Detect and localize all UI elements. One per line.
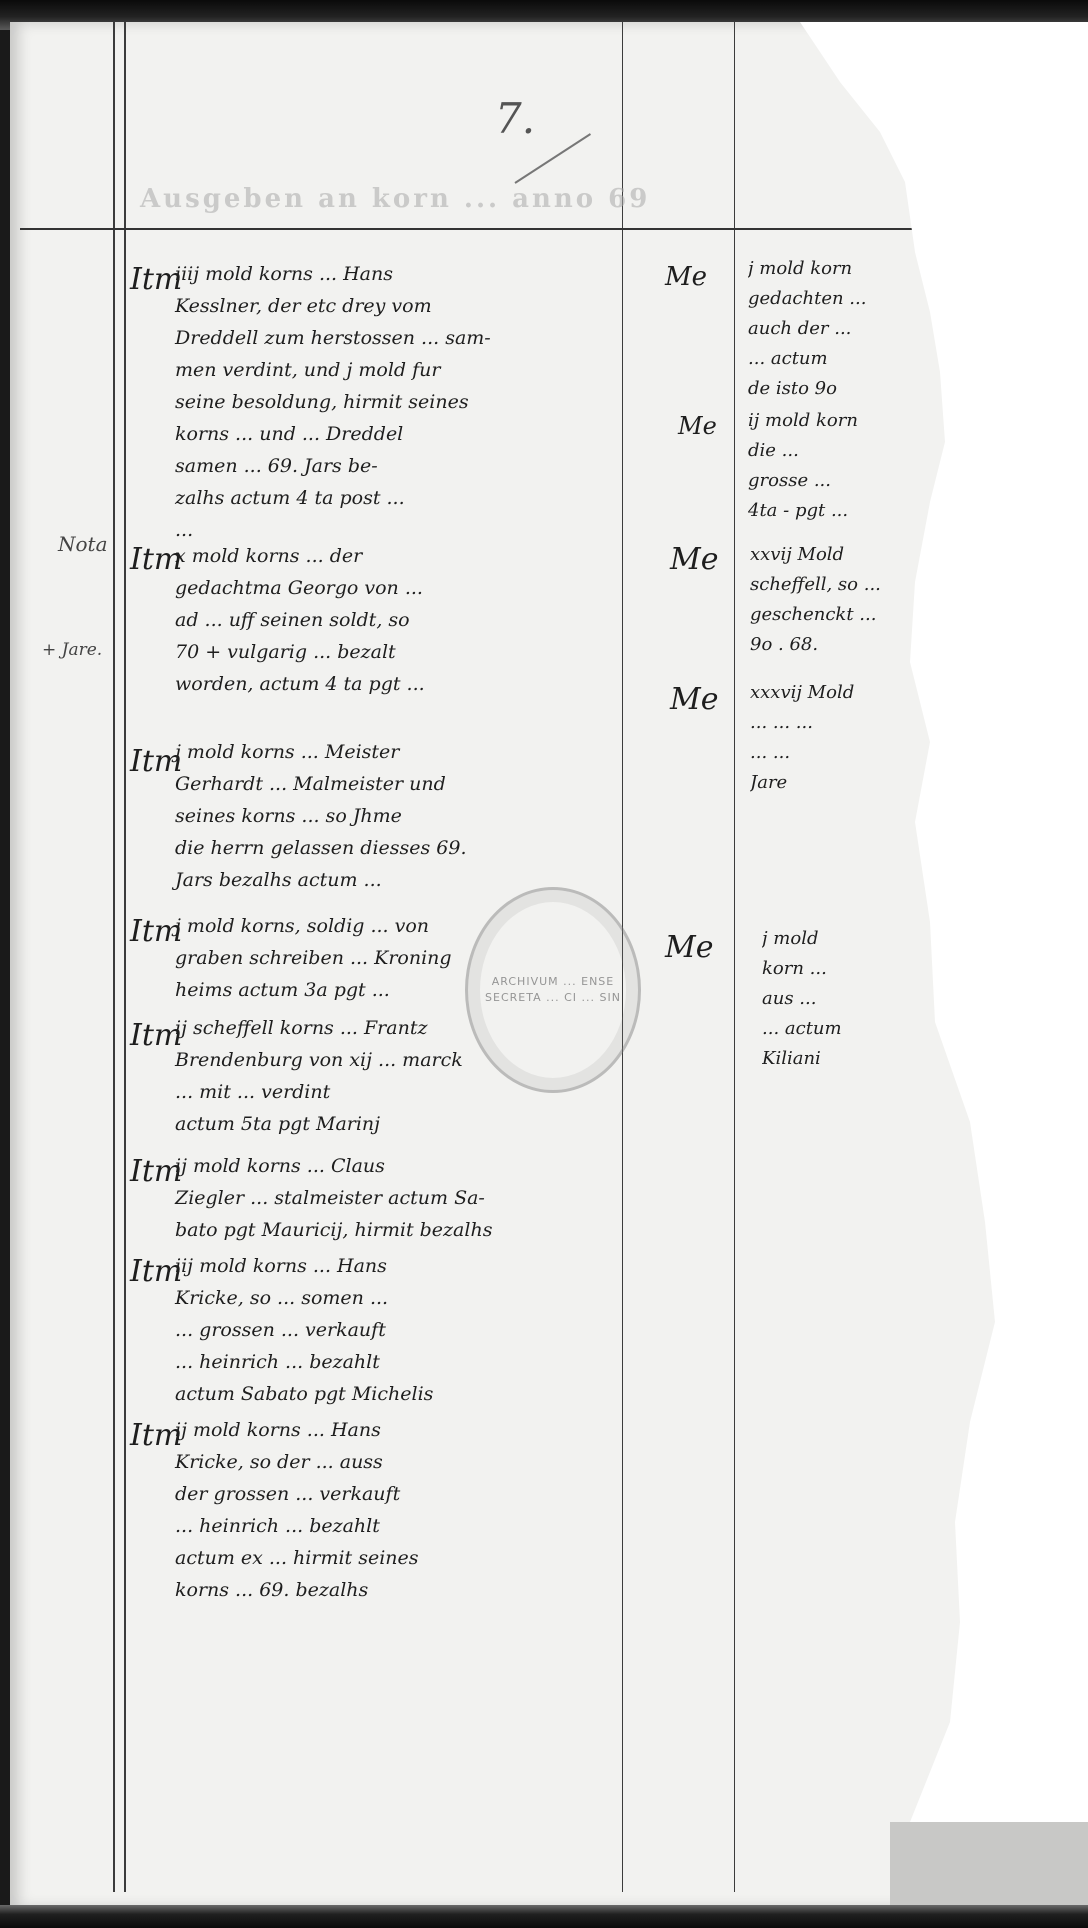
- entry-line: actum 5ta pgt Marinj: [175, 1108, 463, 1140]
- right-entry-1: j mold korn gedachten ... auch der ... .…: [748, 254, 918, 404]
- entry-line: aus ...: [762, 984, 932, 1014]
- entry-line: ... mit ... verdint: [175, 1076, 463, 1108]
- entry-line: Jare: [750, 768, 920, 798]
- folio-number: 7.: [495, 94, 535, 143]
- entry-line: iiij mold korns ... Hans: [175, 258, 491, 290]
- entry-line: korns ... 69. bezalhs: [175, 1574, 419, 1606]
- manuscript-page: 7. Ausgeben an korn ... anno 69 Nota + J…: [10, 22, 1088, 1908]
- entry-marker: Me: [670, 542, 718, 577]
- entry-line: actum Sabato pgt Michelis: [175, 1378, 433, 1410]
- entry-line: xxxvij Mold: [750, 678, 920, 708]
- entry-line: graben schreiben ... Kroning: [175, 942, 452, 974]
- ledger-entry-7: iij mold korns ... Hans Kricke, so ... s…: [175, 1250, 433, 1410]
- entry-line: x mold korns ... der: [175, 540, 425, 572]
- scan-bottom-edge: [0, 1905, 1088, 1928]
- margin-rule-left-inner: [124, 22, 126, 1892]
- archive-seal-stamp: ARCHIVUM ... ENSE SECRETA ... CI ... SIN: [465, 887, 641, 1093]
- entry-line: de isto 9o: [748, 374, 918, 404]
- entry-line: korns ... und ... Dreddel: [175, 418, 491, 450]
- ledger-entry-1: iiij mold korns ... Hans Kesslner, der e…: [175, 258, 491, 546]
- entry-line: Kesslner, der etc drey vom: [175, 290, 491, 322]
- entry-line: j mold korns ... Meister: [175, 736, 467, 768]
- entry-line: Jars bezalhs actum ...: [175, 864, 467, 896]
- column-rule-right: [734, 22, 735, 1892]
- entry-line: ... ... ...: [750, 708, 920, 738]
- stamp-text: ARCHIVUM ... ENSE SECRETA ... CI ... SIN: [483, 974, 623, 1006]
- entry-line: Kricke, so der ... auss: [175, 1446, 419, 1478]
- entry-line: bato pgt Mauricij, hirmit bezalhs: [175, 1214, 492, 1246]
- ledger-entry-3: j mold korns ... Meister Gerhardt ... Ma…: [175, 736, 467, 896]
- ledger-entry-4: j mold korns, soldig ... von graben schr…: [175, 910, 452, 1006]
- entry-line: j mold: [762, 924, 932, 954]
- entry-marker: Me: [678, 412, 717, 440]
- entry-line: seines korns ... so Jhme: [175, 800, 467, 832]
- entry-line: zalhs actum 4 ta post ...: [175, 482, 491, 514]
- entry-line: ad ... uff seinen soldt, so: [175, 604, 425, 636]
- entry-line: worden, actum 4 ta pgt ...: [175, 668, 425, 700]
- right-entry-5: j mold korn ... aus ... ... actum Kilian…: [762, 924, 932, 1074]
- entry-line: 70 + vulgarig ... bezalt: [175, 636, 425, 668]
- entry-line: Kiliani: [762, 1044, 932, 1074]
- entry-line: j mold korn: [748, 254, 918, 284]
- entry-marker: Me: [665, 262, 707, 292]
- margin-note-jare: + Jare.: [42, 640, 102, 660]
- right-entry-2: ij mold korn die ... grosse ... 4ta - pg…: [748, 406, 918, 526]
- entry-line: Kricke, so ... somen ...: [175, 1282, 433, 1314]
- entry-line: 4ta - pgt ...: [748, 496, 918, 526]
- entry-line: Dreddell zum herstossen ... sam-: [175, 322, 491, 354]
- entry-line: men verdint, und j mold fur: [175, 354, 491, 386]
- entry-line: ij mold korns ... Hans: [175, 1414, 419, 1446]
- entry-line: ij scheffell korns ... Frantz: [175, 1012, 463, 1044]
- entry-line: auch der ...: [748, 314, 918, 344]
- entry-line: ij mold korns ... Claus: [175, 1150, 492, 1182]
- entry-line: ... ...: [750, 738, 920, 768]
- entry-line: ... heinrich ... bezahlt: [175, 1346, 433, 1378]
- entry-line: gedachtma Georgo von ...: [175, 572, 425, 604]
- entry-line: j mold korns, soldig ... von: [175, 910, 452, 942]
- entry-line: geschenckt ...: [750, 600, 920, 630]
- entry-marker: Me: [670, 682, 718, 717]
- entry-line: ... actum: [748, 344, 918, 374]
- entry-marker: Me: [665, 930, 713, 965]
- entry-line: ... grossen ... verkauft: [175, 1314, 433, 1346]
- entry-line: Gerhardt ... Malmeister und: [175, 768, 467, 800]
- entry-line: die herrn gelassen diesses 69.: [175, 832, 467, 864]
- ledger-entry-6: ij mold korns ... Claus Ziegler ... stal…: [175, 1150, 492, 1246]
- right-entry-3: xxvij Mold scheffell, so ... geschenckt …: [750, 540, 920, 660]
- entry-line: Ziegler ... stalmeister actum Sa-: [175, 1182, 492, 1214]
- ledger-entry-2: x mold korns ... der gedachtma Georgo vo…: [175, 540, 425, 700]
- margin-note-nota: Nota: [58, 532, 108, 556]
- entry-line: ... heinrich ... bezahlt: [175, 1510, 419, 1542]
- entry-line: ... actum: [762, 1014, 932, 1044]
- margin-rule-left: [113, 22, 115, 1892]
- entry-line: gedachten ...: [748, 284, 918, 314]
- right-entry-4: xxxvij Mold ... ... ... ... ... Jare: [750, 678, 920, 798]
- ledger-entry-5: ij scheffell korns ... Frantz Brendenbur…: [175, 1012, 463, 1140]
- header-rule: [20, 228, 920, 230]
- entry-line: heims actum 3a pgt ...: [175, 974, 452, 1006]
- entry-line: actum ex ... hirmit seines: [175, 1542, 419, 1574]
- entry-line: ij mold korn: [748, 406, 918, 436]
- entry-line: der grossen ... verkauft: [175, 1478, 419, 1510]
- entry-line: 9o . 68.: [750, 630, 920, 660]
- entry-line: scheffell, so ...: [750, 570, 920, 600]
- ledger-entry-8: ij mold korns ... Hans Kricke, so der ..…: [175, 1414, 419, 1606]
- entry-line: Brendenburg von xij ... marck: [175, 1044, 463, 1076]
- entry-line: grosse ...: [748, 466, 918, 496]
- entry-line: samen ... 69. Jars be-: [175, 450, 491, 482]
- entry-line: korn ...: [762, 954, 932, 984]
- entry-line: die ...: [748, 436, 918, 466]
- entry-line: seine besoldung, hirmit seines: [175, 386, 491, 418]
- entry-line: xxvij Mold: [750, 540, 920, 570]
- entry-line: iij mold korns ... Hans: [175, 1250, 433, 1282]
- faded-header: Ausgeben an korn ... anno 69: [140, 184, 860, 214]
